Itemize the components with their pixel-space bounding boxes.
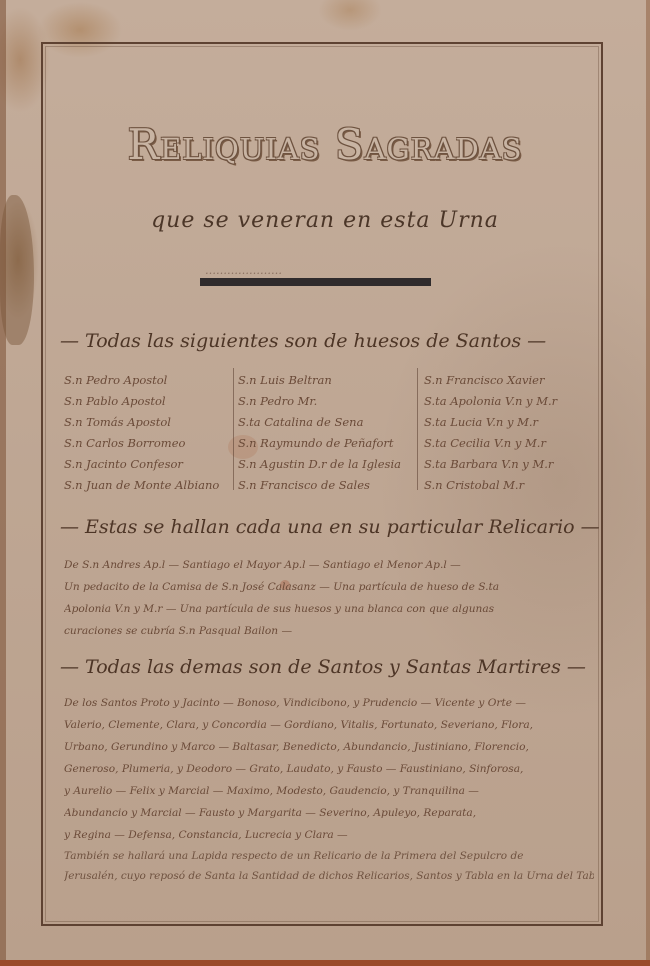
saint-entry: S.n Jacinto Confesor [64,454,242,475]
saint-entry: S.n Francisco de Sales [238,475,416,496]
paragraph-line: De los Santos Proto y Jacinto — Bonoso, … [64,692,594,714]
saint-entry: S.ta Barbara V.n y M.r [424,454,602,475]
saint-entry: S.n Carlos Borromeo [64,433,242,454]
saint-entry: S.n Raymundo de Peñafort [238,433,416,454]
paragraph-line: De S.n Andres Ap.l — Santiago el Mayor A… [64,554,594,576]
section-heading-relicario: Estas se hallan cada una en su particula… [60,516,590,538]
saint-entry: S.n Luis Beltran [238,370,416,391]
column-divider [417,368,418,490]
saints-column-1: S.n Pedro Apostol S.n Pablo Apostol S.n … [64,370,242,496]
martires-paragraph: De los Santos Proto y Jacinto — Bonoso, … [64,692,594,846]
redacted-line-text: ………………… [205,264,425,277]
saints-column-3: S.n Francisco Xavier S.ta Apolonia V.n y… [424,370,602,496]
footer-note: También se hallará una Lapida respecto d… [64,846,594,886]
saint-entry: S.n Pablo Apostol [64,391,242,412]
paragraph-line: Generoso, Plumeria, y Deodoro — Grato, L… [64,758,594,780]
saint-entry: S.n Cristobal M.r [424,475,602,496]
paragraph-line: Apolonia V.n y M.r — Una partícula de su… [64,598,594,620]
saint-entry: S.ta Apolonia V.n y M.r [424,391,602,412]
column-divider [233,368,234,490]
saint-entry: S.n Agustin D.r de la Iglesia [238,454,416,475]
saint-entry: S.ta Cecilia V.n y M.r [424,433,602,454]
document-subtitle: que se veneran en esta Urna [0,208,650,233]
saint-entry: S.n Juan de Monte Albiano [64,475,242,496]
paragraph-line: Abundancio y Marcial — Fausto y Margarit… [64,802,594,824]
saint-entry: S.n Tomás Apostol [64,412,242,433]
saint-entry: S.n Pedro Mr. [238,391,416,412]
relicario-paragraph: De S.n Andres Ap.l — Santiago el Mayor A… [64,554,594,642]
paragraph-line: y Aurelio — Felix y Marcial — Maximo, Mo… [64,780,594,802]
saint-entry: S.n Pedro Apostol [64,370,242,391]
page-bottom-edge [0,960,650,966]
paragraph-line: Valerio, Clemente, Clara, y Concordia — … [64,714,594,736]
saints-column-2: S.n Luis Beltran S.n Pedro Mr. S.ta Cata… [238,370,416,496]
footer-line: Jerusalén, cuyo reposó de Santa la Santi… [64,866,594,886]
paragraph-line: y Regina — Defensa, Constancia, Lucrecia… [64,824,594,846]
saint-entry: S.ta Lucia V.n y M.r [424,412,602,433]
paragraph-line: curaciones se cubría S.n Pasqual Bailon … [64,620,594,642]
saint-entry: S.n Francisco Xavier [424,370,602,391]
paragraph-line: Un pedacito de la Camisa de S.n José Cal… [64,576,594,598]
footer-line: También se hallará una Lapida respecto d… [64,846,594,866]
document-title: Reliquias Sagradas [0,120,650,169]
section-heading-huesos: Todas las siguientes son de huesos de Sa… [60,330,590,352]
redaction-bar [200,278,431,286]
section-heading-martires: Todas las demas son de Santos y Santas M… [60,656,590,678]
saint-entry: S.ta Catalina de Sena [238,412,416,433]
paragraph-line: Urbano, Gerundino y Marco — Baltasar, Be… [64,736,594,758]
